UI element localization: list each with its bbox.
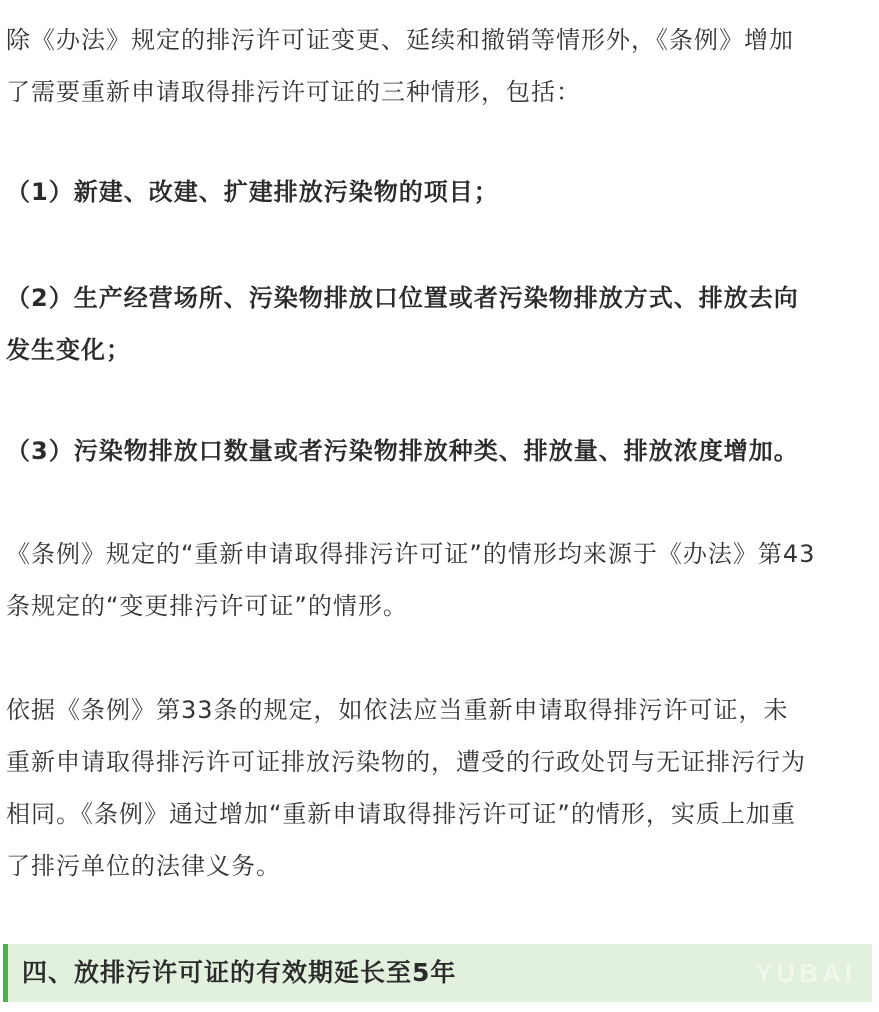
source-paragraph: 《条例》规定的“重新申请取得排污许可证”的情形均来源于《办法》第43 条规定的“… [6,528,872,632]
text-line: （3）污染物排放口数量或者污染物排放种类、排放量、排放浓度增加。 [6,425,872,477]
intro-paragraph: 除《办法》规定的排污许可证变更、延续和撤销等情形外，《条例》增加 了需要重新申请… [6,14,872,118]
text-line: 依据《条例》第33条的规定，如依法应当重新申请取得排污许可证，未 [6,684,872,736]
text-line: 条规定的“变更排污许可证”的情形。 [6,580,872,632]
list-item-2: （2）生产经营场所、污染物排放口位置或者污染物排放方式、排放去向 发生变化； [6,272,872,376]
text-line: （2）生产经营场所、污染物排放口位置或者污染物排放方式、排放去向 [6,272,872,324]
section-title: 四、放排污许可证的有效期延长至5年 [22,944,456,1002]
text-line: （1）新建、改建、扩建排放污染物的项目； [6,166,872,218]
text-line: 相同。《条例》通过增加“重新申请取得排污许可证”的情形，实质上加重 [6,788,872,840]
watermark-logo: YUBAI [755,944,856,1002]
text-line: 了排污单位的法律义务。 [6,840,872,892]
penalty-paragraph: 依据《条例》第33条的规定，如依法应当重新申请取得排污许可证，未 重新申请取得排… [6,684,872,892]
text-line: 发生变化； [6,324,872,376]
section-heading: 四、放排污许可证的有效期延长至5年 YUBAI [3,944,872,1002]
text-line: 了需要重新申请取得排污许可证的三种情形，包括： [6,66,872,118]
list-item-3: （3）污染物排放口数量或者污染物排放种类、排放量、排放浓度增加。 [6,425,872,477]
list-item-1: （1）新建、改建、扩建排放污染物的项目； [6,166,872,218]
text-line: 除《办法》规定的排污许可证变更、延续和撤销等情形外，《条例》增加 [6,14,872,66]
text-line: 《条例》规定的“重新申请取得排污许可证”的情形均来源于《办法》第43 [6,528,872,580]
text-line: 重新申请取得排污许可证排放污染物的，遭受的行政处罚与无证排污行为 [6,736,872,788]
